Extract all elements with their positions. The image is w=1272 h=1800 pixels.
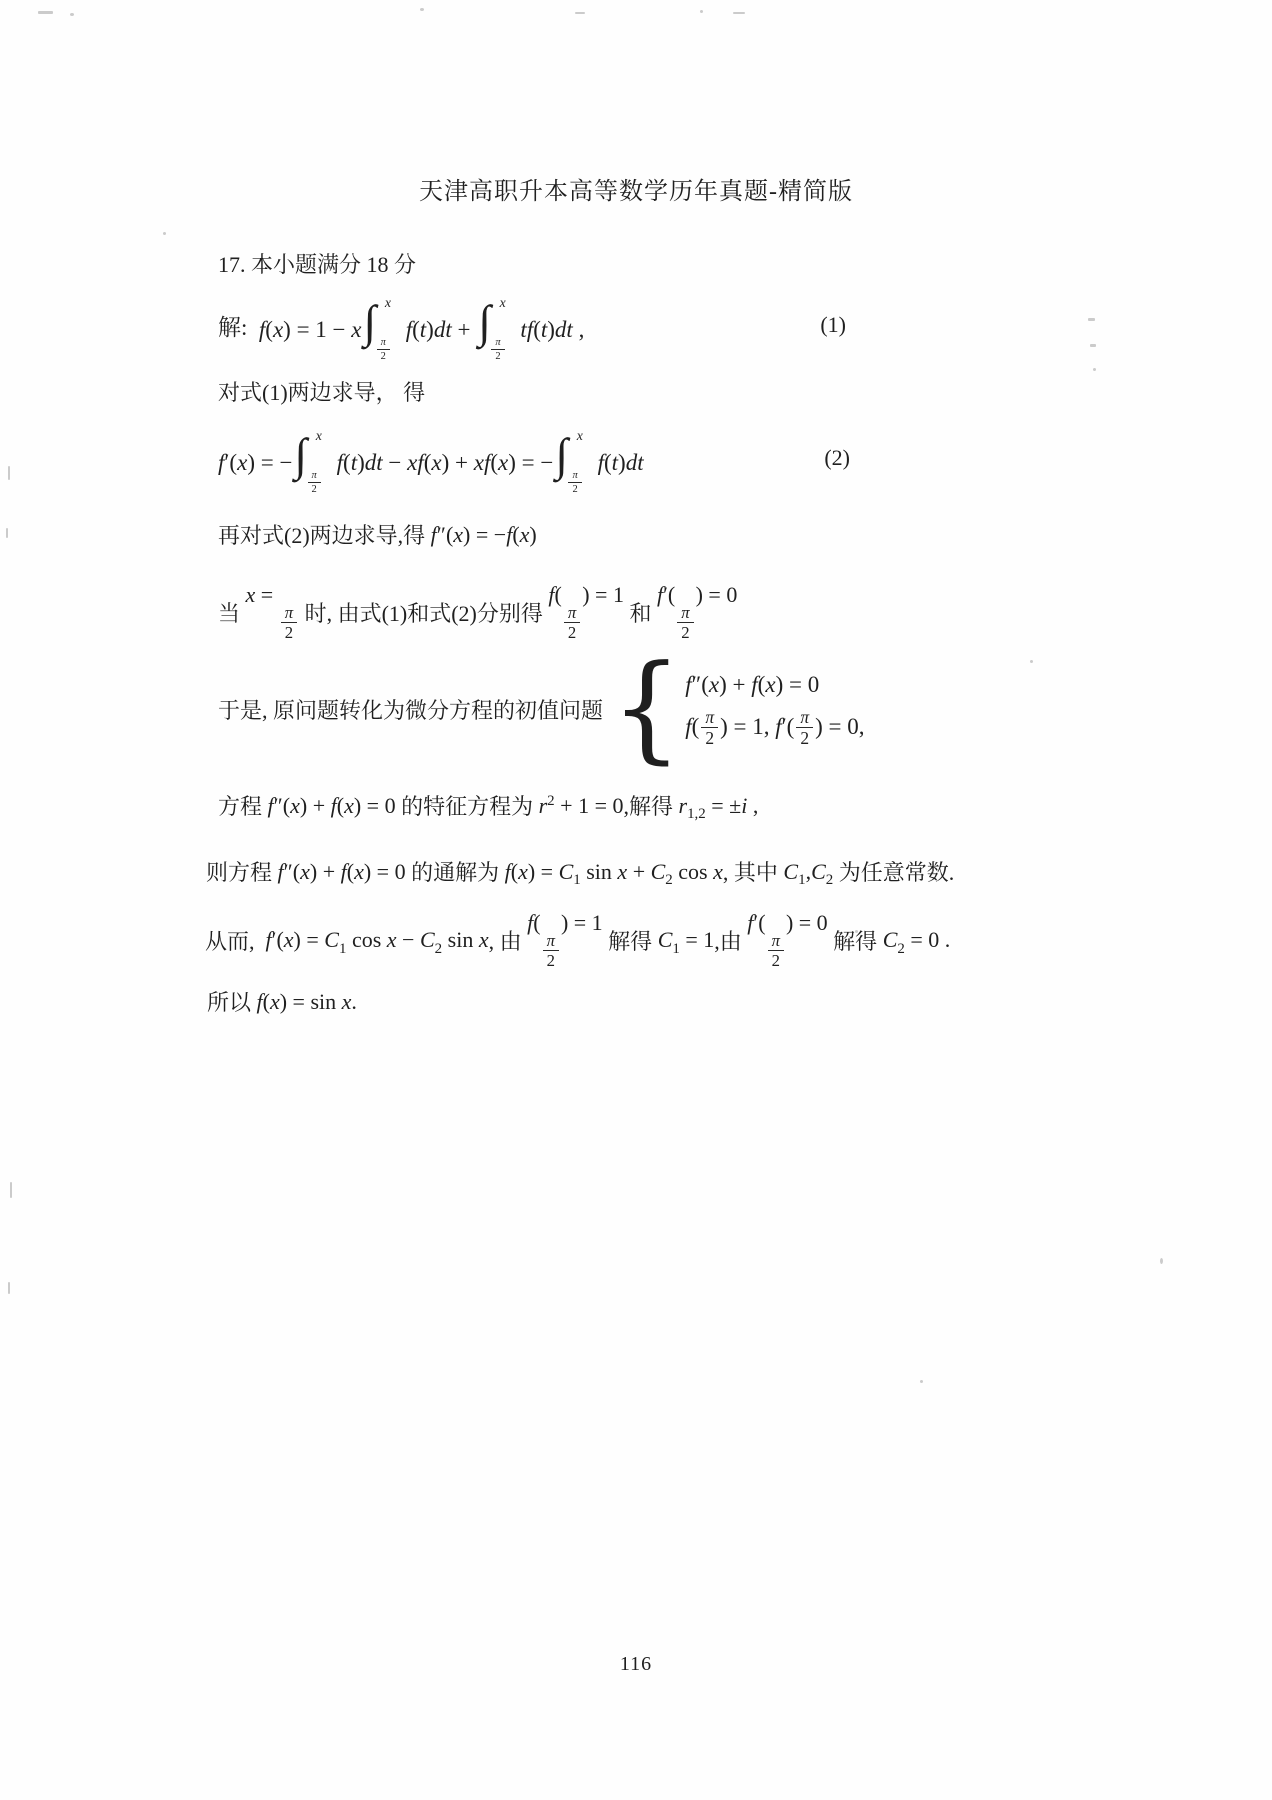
math-run: f′(x) = −∫xπ2 f(t)dt − xf(x) + xf(x) = −… <box>218 440 644 476</box>
text-run: 所以 <box>207 986 257 1017</box>
scan-noise <box>420 8 424 11</box>
math-run: C2 = 0 <box>883 927 940 953</box>
solution-line-derive1: 对式(1)两边求导， 得 <box>218 376 425 407</box>
text-run: 的通解为 <box>406 856 505 887</box>
text-run: 的特征方程为 <box>396 790 539 821</box>
math-run: f′(π2) = 0 <box>747 910 827 970</box>
text-run: 解: <box>218 309 259 342</box>
math-run: f′(x) = C1 cos x − C2 sin x <box>266 927 489 953</box>
solution-line-solve-constants: 从而, f′(x) = C1 cos x − C2 sin x, 由 f(π2)… <box>205 910 950 970</box>
solution-line-eq2: f′(x) = −∫xπ2 f(t)dt − xf(x) + xf(x) = −… <box>218 424 850 492</box>
text-run: ,由 <box>714 925 747 956</box>
text-run: 再对式(2)两边求导,得 <box>218 519 431 550</box>
scan-noise <box>700 10 703 13</box>
math-run: r2 + 1 = 0 <box>539 793 624 819</box>
text-run: , 由 <box>489 925 528 956</box>
scan-noise <box>1088 318 1095 321</box>
math-run: f″(x) + f(x) = 0 <box>278 859 406 885</box>
system-equation-2: f(π2) = 1, f′(π2) = 0, <box>685 708 864 748</box>
page-number: 116 <box>0 1653 1272 1676</box>
solution-line-final-answer: 所以 f(x) = sin x. <box>207 986 357 1017</box>
scan-noise <box>1090 344 1096 347</box>
math-run: r1,2 = ±i <box>679 793 748 819</box>
text-run: 和 <box>624 597 657 628</box>
text-run: 当 <box>218 597 246 628</box>
text-run: 解得 <box>603 925 658 956</box>
text-run: 为任意常数. <box>833 856 954 887</box>
scan-noise <box>10 1182 12 1198</box>
solution-line-boundary-values: 当 x = π2 时, 由式(1)和式(2)分别得 f(π2) = 1 和 f′… <box>218 582 737 642</box>
problem-heading: 17. 本小题满分 18 分 <box>218 248 416 279</box>
scan-noise <box>163 232 166 235</box>
math-run: f(x) = sin x <box>257 989 352 1015</box>
scan-noise <box>1093 368 1096 371</box>
scan-noise <box>733 12 745 14</box>
math-run: C1 = 1 <box>658 927 715 953</box>
system-equation-1: f″(x) + f(x) = 0 <box>685 671 864 699</box>
math-run: x = π2 <box>246 582 300 642</box>
scan-noise <box>575 12 585 14</box>
math-run: f′(π2) = 0 <box>657 582 737 642</box>
text-run: . <box>351 989 357 1015</box>
solution-line-general-solution: 则方程 f″(x) + f(x) = 0 的通解为 f(x) = C1 sin … <box>206 856 954 887</box>
text-run: . <box>939 927 950 953</box>
text-run: , <box>747 793 758 819</box>
solution-line-eq1: 解: f(x) = 1 − x∫xπ2 f(t)dt + ∫xπ2 tf(t)d… <box>218 292 846 358</box>
initial-value-system: { f″(x) + f(x) = 0 f(π2) = 1, f′(π2) = 0… <box>611 663 864 755</box>
math-run: f(x) = 1 − x∫xπ2 f(t)dt + ∫xπ2 tf(t)dt , <box>259 307 584 343</box>
math-run: f(x) = C1 sin x + C2 cos x <box>505 859 723 885</box>
solution-line-characteristic-eq: 方程 f″(x) + f(x) = 0 的特征方程为 r2 + 1 = 0,解得… <box>218 790 758 821</box>
math-run: C1,C2 <box>783 859 833 885</box>
scan-noise <box>8 1282 10 1294</box>
solution-line-second-derivative: 再对式(2)两边求导,得 f″(x) = −f(x) <box>218 519 537 550</box>
text-run: 时, 由式(1)和式(2)分别得 <box>299 597 548 628</box>
text-run: ,解得 <box>623 790 678 821</box>
scan-noise <box>6 528 8 538</box>
math-run: f(π2) = 1 <box>548 582 624 642</box>
text-run: , 其中 <box>723 856 784 887</box>
scanned-document-page: 天津高职升本高等数学历年真题-精简版 17. 本小题满分 18 分 解: f(x… <box>0 0 1272 1800</box>
text-run: 则方程 <box>206 856 278 887</box>
solution-line-initial-value-problem: 于是, 原问题转化为微分方程的初值问题 { f″(x) + f(x) = 0 f… <box>218 656 865 762</box>
math-run: f″(x) = −f(x) <box>431 522 537 548</box>
scan-noise <box>855 930 858 933</box>
page-title: 天津高职升本高等数学历年真题-精简版 <box>0 171 1272 206</box>
system-equations: f″(x) + f(x) = 0 f(π2) = 1, f′(π2) = 0, <box>685 671 864 748</box>
scan-noise <box>1030 660 1033 663</box>
math-run: f″(x) + f(x) = 0 <box>268 793 396 819</box>
scan-noise <box>8 466 10 480</box>
text-run: 于是, 原问题转化为微分方程的初值问题 <box>218 694 603 725</box>
text-run: 对式(1)两边求导， 得 <box>218 376 425 407</box>
math-run: f(π2) = 1 <box>527 910 603 970</box>
text-run: 方程 <box>218 790 268 821</box>
text-run: 于是, 原问题转化为微分方程的初值问题 <box>218 694 603 725</box>
left-brace-icon: { <box>611 661 682 757</box>
scan-noise <box>70 13 74 16</box>
text-run: 从而, <box>205 925 266 956</box>
scan-noise <box>1160 1258 1163 1264</box>
scan-noise <box>38 11 53 14</box>
scan-noise <box>920 1380 923 1383</box>
